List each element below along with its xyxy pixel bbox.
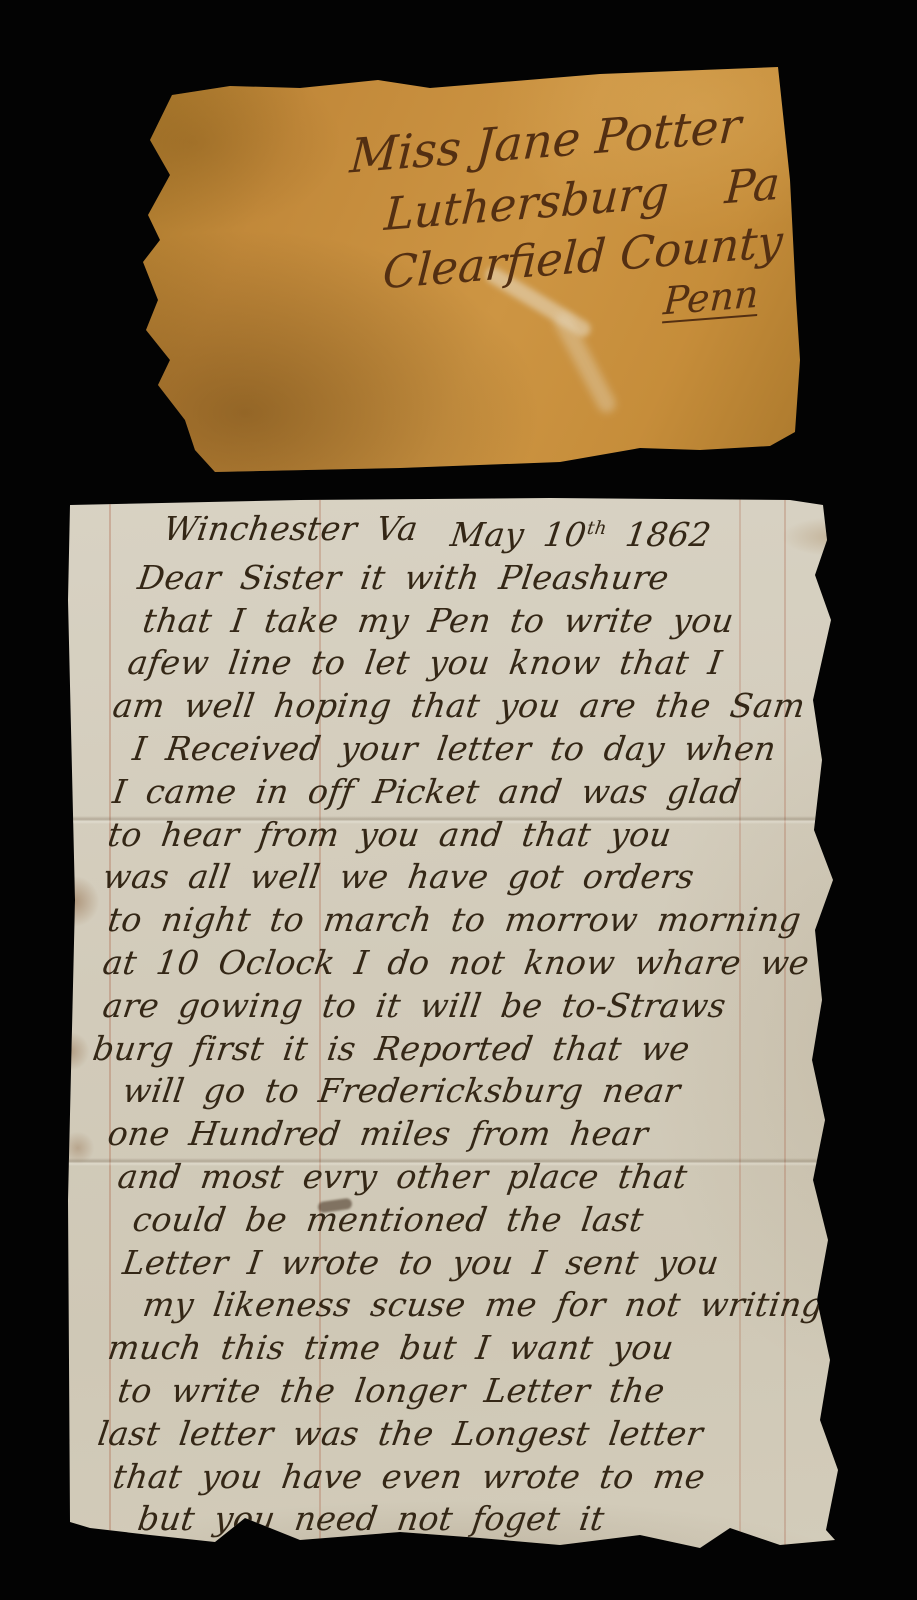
envelope: Miss Jane Potter Luthersburg Pa Clearfie… bbox=[138, 58, 808, 480]
letter-line: I Received your letter to day when bbox=[130, 728, 858, 771]
letter-line: was all well we have got orders bbox=[100, 856, 858, 899]
address-state: Penn bbox=[662, 268, 804, 323]
letter-line: are gowing to it will be to-Straws bbox=[100, 985, 858, 1028]
letter-place: Winchester Va bbox=[160, 508, 421, 557]
letter-line: much this time but I want you bbox=[105, 1327, 858, 1370]
date-ordinal-suffix: th bbox=[586, 518, 609, 539]
letter-page: Winchester Va May 10th 1862 Dear Sister … bbox=[62, 494, 858, 1566]
letter-date: May 10th 1862 bbox=[448, 508, 715, 557]
letter-line: to write the longer Letter the bbox=[115, 1370, 858, 1413]
letter-line: afew line to let you know that I bbox=[125, 642, 858, 685]
letter-line: my likeness scuse me for not writing bbox=[140, 1284, 858, 1327]
letter-heading: Winchester Va May 10th 1862 bbox=[160, 508, 859, 557]
photo-black-background: { "scene": { "description": "Photograph … bbox=[0, 0, 917, 1600]
letter-line: last letter was the Longest letter bbox=[95, 1413, 858, 1456]
letter-body: Winchester Va May 10th 1862 Dear Sister … bbox=[74, 508, 852, 1541]
envelope-address: Miss Jane Potter Luthersburg Pa Clearfie… bbox=[316, 95, 802, 349]
letter-line: Letter I wrote to you I sent you bbox=[120, 1242, 858, 1285]
letter-line: am well hoping that you are the Sam bbox=[110, 685, 858, 728]
letter-line: could be mentioned the last bbox=[130, 1199, 858, 1242]
letter-line: I came in off Picket and was glad bbox=[110, 771, 858, 814]
letter-line: one Hundred miles from hear bbox=[105, 1113, 858, 1156]
letter-line: but you need not foget it bbox=[135, 1498, 858, 1541]
letter-line: to night to march to morrow morning bbox=[105, 899, 858, 942]
letter-line: that I take my Pen to write you bbox=[140, 600, 858, 643]
letter-line: Dear Sister it with Pleashure bbox=[135, 557, 858, 600]
letter-line: will go to Fredericksburg near bbox=[120, 1070, 858, 1113]
letter-line: burg first it is Reported that we bbox=[90, 1028, 858, 1071]
letter-line: to hear from you and that you bbox=[105, 814, 858, 857]
letter-line: that you have even wrote to me bbox=[110, 1456, 858, 1499]
letter-line: and most evry other place that bbox=[115, 1156, 858, 1199]
letter-line: at 10 Oclock I do not know whare we bbox=[100, 942, 858, 985]
